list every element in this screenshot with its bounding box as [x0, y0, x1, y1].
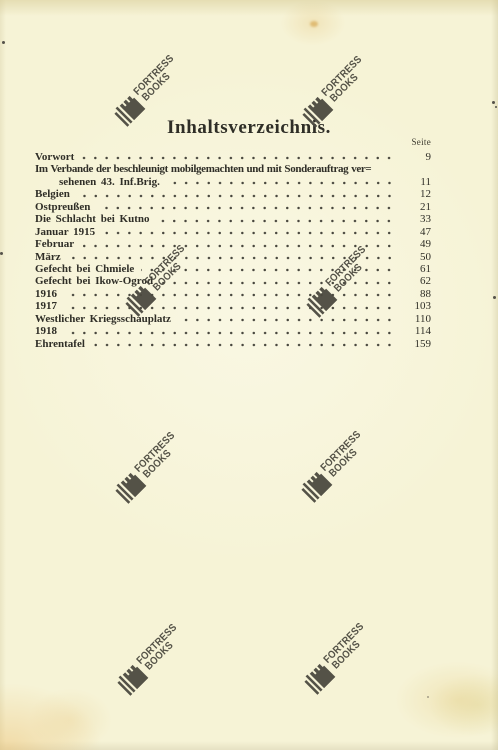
- toc-row: 1917 103: [35, 300, 431, 312]
- fortress-books-watermark: FORTRESS BOOKS: [112, 616, 192, 696]
- watermark-line1: FORTRESS: [135, 622, 179, 666]
- dot-leader: [77, 193, 395, 199]
- fortress-books-watermark: FORTRESS BOOKS: [297, 48, 377, 128]
- toc-entry-title: 1918: [35, 325, 57, 337]
- toc-entry-title: Die Schlacht bei Kutno: [35, 213, 149, 225]
- paper-speck: [427, 696, 429, 698]
- toc-entry-page-number: 114: [401, 325, 431, 337]
- dot-leader: [167, 180, 395, 186]
- fortress-books-watermark: FORTRESS BOOKS: [109, 47, 189, 127]
- watermark-line2: BOOKS: [140, 437, 184, 481]
- watermark-line1: FORTRESS: [319, 429, 363, 473]
- toc-entry-page-number: 50: [401, 251, 431, 263]
- toc-entry-title: Februar: [35, 238, 74, 250]
- paper-speck: [493, 296, 496, 299]
- toc-entry-page-number: 9: [401, 151, 431, 163]
- toc-row: Belgien 12: [35, 188, 431, 200]
- toc-entry-page-number: 11: [401, 176, 431, 188]
- fortress-books-watermark: FORTRESS BOOKS: [299, 615, 379, 695]
- fortress-book-icon: [110, 468, 147, 505]
- dot-leader: [178, 317, 395, 323]
- toc-entry-title: März: [35, 251, 61, 263]
- dot-leader: [64, 305, 395, 311]
- toc-entry-page-number: 110: [401, 313, 431, 325]
- toc-entry-page-number: 33: [401, 213, 431, 225]
- toc-entry-title: 1916: [35, 288, 57, 300]
- table-of-contents: Vorwort 9 Im Verbande der beschleunigt m…: [35, 151, 431, 350]
- toc-entry-page-number: 49: [401, 238, 431, 250]
- toc-entry-page-number: 61: [401, 263, 431, 275]
- toc-entry-page-number: 88: [401, 288, 431, 300]
- toc-row: Februar 49: [35, 238, 431, 250]
- toc-row: Gefecht bei Chmiele 61: [35, 263, 431, 275]
- paper-speck: [2, 41, 5, 44]
- toc-row: Januar 1915 47: [35, 226, 431, 238]
- dot-leader: [156, 218, 395, 224]
- toc-row: Die Schlacht bei Kutno 33: [35, 213, 431, 225]
- toc-entry-title: 1917: [35, 300, 57, 312]
- toc-row: Gefecht bei Ikow-Ogrod 62: [35, 275, 431, 287]
- dot-leader: [68, 255, 395, 261]
- toc-entry-page-number: 103: [401, 300, 431, 312]
- toc-row: 1916 88: [35, 288, 431, 300]
- dot-leader: [64, 292, 395, 298]
- scanned-book-page: Inhaltsverzeichnis. Seite Vorwort 9 Im V…: [0, 0, 498, 750]
- toc-entry-title: Gefecht bei Ikow-Ogrod: [35, 275, 153, 287]
- toc-entry-title: Gefecht bei Chmiele: [35, 263, 134, 275]
- page-title: Inhaltsverzeichnis.: [0, 117, 498, 139]
- fortress-book-icon: [299, 659, 336, 696]
- toc-row: März 50: [35, 251, 431, 263]
- fortress-book-icon: [112, 660, 149, 697]
- fortress-book-icon: [296, 467, 333, 504]
- toc-entry-page-number: 47: [401, 226, 431, 238]
- toc-row: Westlicher Kriegsschauplatz 110: [35, 313, 431, 325]
- paper-speck: [495, 106, 497, 108]
- paper-stain: [310, 21, 318, 27]
- watermark-line1: FORTRESS: [322, 621, 366, 665]
- toc-entry-title: Ehrentafel: [35, 338, 85, 350]
- toc-entry-page-number: 62: [401, 275, 431, 287]
- watermark-line2: BOOKS: [327, 61, 371, 105]
- dot-leader: [81, 243, 395, 249]
- watermark-line2: BOOKS: [326, 436, 370, 480]
- watermark-line1: FORTRESS: [320, 54, 364, 98]
- toc-row: 1918 114: [35, 325, 431, 337]
- watermark-line2: BOOKS: [142, 629, 186, 673]
- dot-leader: [64, 330, 395, 336]
- toc-row: Ostpreußen 21: [35, 201, 431, 213]
- column-header-seite: Seite: [398, 137, 431, 147]
- watermark-line1: FORTRESS: [133, 430, 177, 474]
- dot-leader: [81, 155, 395, 161]
- dot-leader: [160, 280, 395, 286]
- fortress-books-watermark: FORTRESS BOOKS: [110, 424, 190, 504]
- toc-entry-title: Ostpreußen: [35, 201, 90, 213]
- dot-leader: [102, 230, 395, 236]
- toc-row: Im Verbande der beschleunigt mobilgemach…: [35, 163, 431, 175]
- toc-entry-title: Belgien: [35, 188, 70, 200]
- toc-entry-page-number: 159: [401, 338, 431, 350]
- dot-leader: [97, 205, 395, 211]
- toc-entry-title: Westlicher Kriegsschauplatz: [35, 313, 171, 325]
- paper-speck: [492, 101, 495, 104]
- watermark-line2: BOOKS: [329, 628, 373, 672]
- dot-leader: [92, 342, 395, 348]
- paper-speck: [0, 252, 3, 255]
- fortress-books-watermark: FORTRESS BOOKS: [296, 423, 376, 503]
- watermark-line1: FORTRESS: [132, 53, 176, 97]
- toc-entry-title: Im Verbande der beschleunigt mobilgemach…: [35, 163, 371, 175]
- toc-row: sehenen 43. Inf.Brig. 11: [35, 176, 431, 188]
- toc-row: Vorwort 9: [35, 151, 431, 163]
- watermark-line2: BOOKS: [139, 60, 183, 104]
- toc-entry-title: sehenen 43. Inf.Brig.: [59, 176, 160, 188]
- dot-leader: [141, 267, 395, 273]
- toc-entry-page-number: 12: [401, 188, 431, 200]
- toc-row: Ehrentafel 159: [35, 338, 431, 350]
- toc-entry-title: Vorwort: [35, 151, 74, 163]
- toc-entry-page-number: 21: [401, 201, 431, 213]
- toc-entry-title: Januar 1915: [35, 226, 95, 238]
